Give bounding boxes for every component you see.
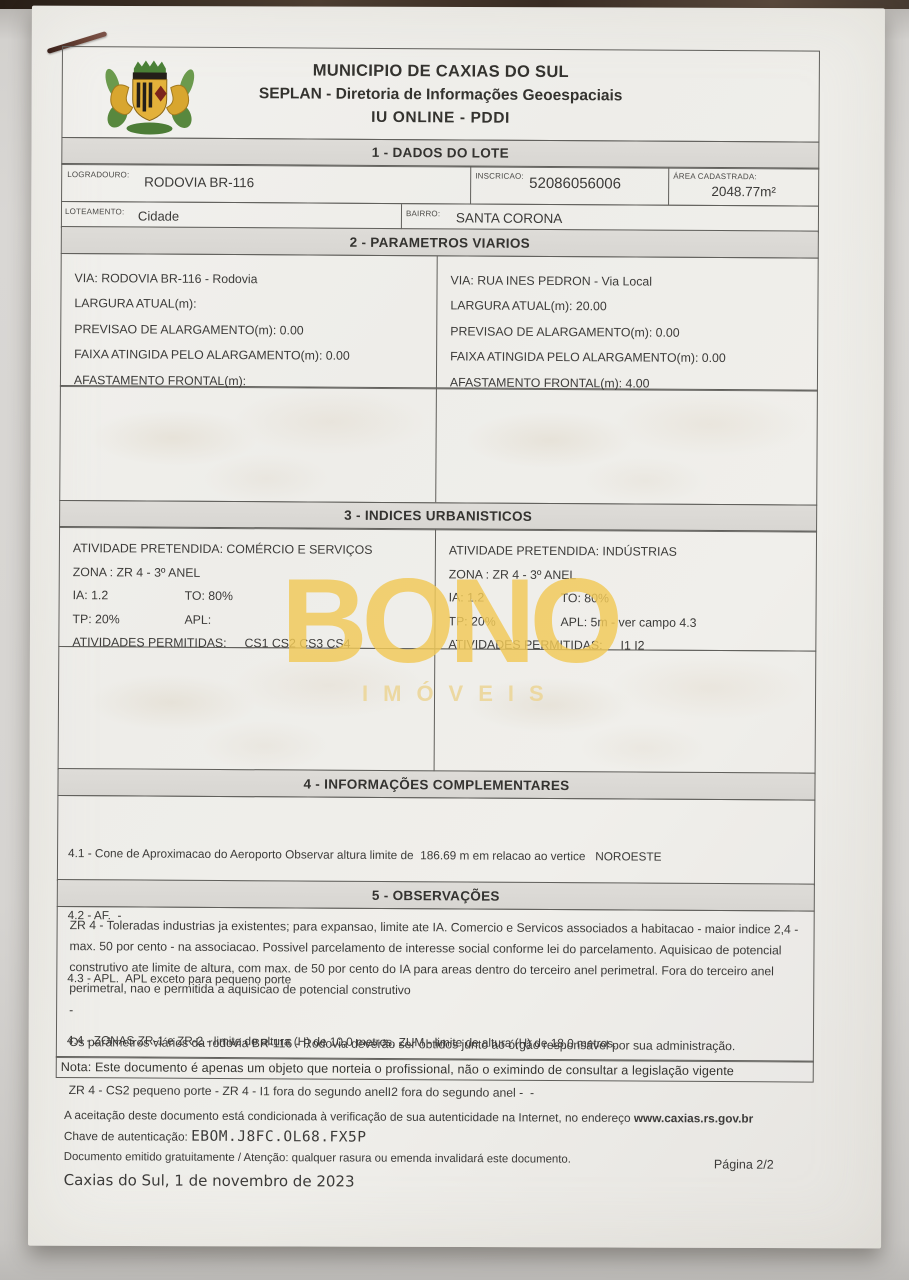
road-parameters-row: VIA: RODOVIA BR-116 - Rodovia LARGURA AT… xyxy=(60,252,819,391)
inscricao-value: 52086056006 xyxy=(529,175,621,193)
document-footer: A aceitação deste documento está condici… xyxy=(64,1108,824,1193)
field-area-cadastrada: ÁREA CADASTRADA: 2048.77m² xyxy=(668,168,818,206)
empty-row-section3 xyxy=(58,645,817,774)
index-text: ZONA : ZR 4 - 3º ANEL xyxy=(449,567,577,582)
empty-box xyxy=(60,386,436,502)
index-line: ZONA : ZR 4 - 3º ANEL xyxy=(449,563,810,589)
param-line: VIA: RODOVIA BR-116 - Rodovia xyxy=(75,266,431,294)
index-text: TO: 80% xyxy=(561,587,609,611)
urban-indices-right: ATIVIDADE PRETENDIDA: INDÚSTRIAS ZONA : … xyxy=(434,529,816,650)
complementary-info-box: 4.1 - Cone de Aproximacao do Aeroporto O… xyxy=(57,794,816,885)
param-line: FAIXA ATINGIDA PELO ALARGAMENTO(m): 0.00 xyxy=(74,342,430,370)
auth-key-label: Chave de autenticação: xyxy=(64,1129,191,1144)
observation-paragraph: ZR 4 - CS2 pequeno porte - ZR 4 - I1 for… xyxy=(69,1080,801,1105)
index-text: TP: 20% xyxy=(72,612,119,626)
urban-indices-row: ATIVIDADE PRETENDIDA: COMÉRCIO E SERVIÇO… xyxy=(58,526,817,652)
index-text: IA: 1.2 xyxy=(449,590,485,604)
param-line: PREVISAO DE ALARGAMENTO(m): 0.00 xyxy=(74,317,430,345)
empty-box xyxy=(434,649,816,773)
index-line: TP: 20%APL: 5m - ver campo 4.3 xyxy=(448,610,809,636)
observation-paragraph: Os parâmetros viários da rodovia BR-116 … xyxy=(69,1032,801,1057)
field-loteamento: LOTEAMENTO: Cidade xyxy=(62,202,401,229)
inscricao-label: INSCRICAO: xyxy=(475,172,524,181)
param-line: LARGURA ATUAL(m): xyxy=(74,291,430,319)
area-label: ÁREA CADASTRADA: xyxy=(673,172,757,182)
field-bairro: BAIRRO: SANTA CORONA xyxy=(401,204,818,232)
logradouro-label: LOGRADOURO: xyxy=(67,170,129,179)
acceptance-line: A aceitação deste documento está condici… xyxy=(64,1108,824,1126)
index-line: TP: 20%APL: xyxy=(72,608,428,634)
index-text: ZONA : ZR 4 - 3º ANEL xyxy=(73,565,201,580)
empty-box xyxy=(59,646,435,770)
field-logradouro: LOGRADOURO: RODOVIA BR-116 xyxy=(62,164,470,203)
bairro-value: SANTA CORONA xyxy=(456,210,562,226)
scanned-document-photo: MUNICIPIO DE CAXIAS DO SUL SEPLAN - Dire… xyxy=(0,0,909,1280)
bairro-label: BAIRRO: xyxy=(406,209,440,218)
index-line: IA: 1.2TO: 80% xyxy=(449,586,810,612)
index-text: APL: xyxy=(184,608,211,632)
info-line: 4.1 - Cone de Aproximacao do Aeroporto O… xyxy=(68,843,804,868)
document-table: MUNICIPIO DE CAXIAS DO SUL SEPLAN - Dire… xyxy=(56,46,820,1083)
lot-data-row-1: LOGRADOURO: RODOVIA BR-116 INSCRICAO: 52… xyxy=(61,163,819,207)
observations-box: ZR 4 - Toleradas industrias ja existente… xyxy=(56,905,815,1062)
area-value: 2048.77m² xyxy=(669,184,818,200)
index-text: IA: 1.2 xyxy=(73,588,109,602)
index-text: TO: 80% xyxy=(185,585,233,609)
urban-indices-left: ATIVIDADE PRETENDIDA: COMÉRCIO E SERVIÇO… xyxy=(59,527,435,648)
field-inscricao: INSCRICAO: 52086056006 xyxy=(470,166,668,204)
observation-paragraph: - xyxy=(69,1000,801,1025)
document-header: MUNICIPIO DE CAXIAS DO SUL SEPLAN - Dire… xyxy=(61,46,820,143)
param-line: VIA: RUA INES PEDRON - Via Local xyxy=(450,268,811,296)
header-titles: MUNICIPIO DE CAXIAS DO SUL SEPLAN - Dire… xyxy=(63,60,819,130)
municipality-title: MUNICIPIO DE CAXIAS DO SUL xyxy=(63,60,819,84)
param-line: LARGURA ATUAL(m): 20.00 xyxy=(450,293,811,321)
index-line: IA: 1.2TO: 80% xyxy=(73,584,429,610)
index-line: ZONA : ZR 4 - 3º ANEL xyxy=(73,561,429,587)
index-text: TP: 20% xyxy=(448,614,495,628)
index-line: ATIVIDADE PRETENDIDA: COMÉRCIO E SERVIÇO… xyxy=(73,537,429,563)
department-title: SEPLAN - Diretoria de Informações Geoesp… xyxy=(63,84,819,107)
page-number: Página 2/2 xyxy=(714,1157,774,1171)
index-text: ATIVIDADE PRETENDIDA: COMÉRCIO E SERVIÇO… xyxy=(73,541,373,557)
acceptance-text: A aceitação deste documento está condici… xyxy=(64,1108,634,1125)
authenticity-url: www.caxias.rs.gov.br xyxy=(634,1111,753,1126)
road-parameters-left: VIA: RODOVIA BR-116 - Rodovia LARGURA AT… xyxy=(61,254,437,388)
param-line: PREVISAO DE ALARGAMENTO(m): 0.00 xyxy=(450,319,811,347)
index-text: APL: 5m - ver campo 4.3 xyxy=(560,611,696,635)
index-text: ATIVIDADE PRETENDIDA: INDÚSTRIAS xyxy=(449,543,677,558)
road-parameters-right: VIA: RUA INES PEDRON - Via Local LARGURA… xyxy=(436,256,818,390)
auth-key-line: Chave de autenticação: EBOM.J8FC.OL68.FX… xyxy=(64,1128,824,1148)
observation-paragraph: ZR 4 - Toleradas industrias ja existente… xyxy=(69,915,801,1003)
loteamento-label: LOTEAMENTO: xyxy=(65,207,124,216)
empty-row-section2 xyxy=(59,385,818,506)
issuance-line: Documento emitido gratuitamente / Atençã… xyxy=(64,1151,824,1167)
param-line: FAIXA ATINGIDA PELO ALARGAMENTO(m): 0.00 xyxy=(450,344,811,372)
auth-key-value: EBOM.J8FC.OL68.FX5P xyxy=(191,1129,366,1146)
loteamento-value: Cidade xyxy=(138,208,179,223)
index-line: ATIVIDADE PRETENDIDA: INDÚSTRIAS xyxy=(449,539,810,565)
logradouro-value: RODOVIA BR-116 xyxy=(144,175,254,191)
empty-box xyxy=(435,388,817,504)
note-line: Nota: Este documento é apenas um objeto … xyxy=(56,1056,814,1083)
